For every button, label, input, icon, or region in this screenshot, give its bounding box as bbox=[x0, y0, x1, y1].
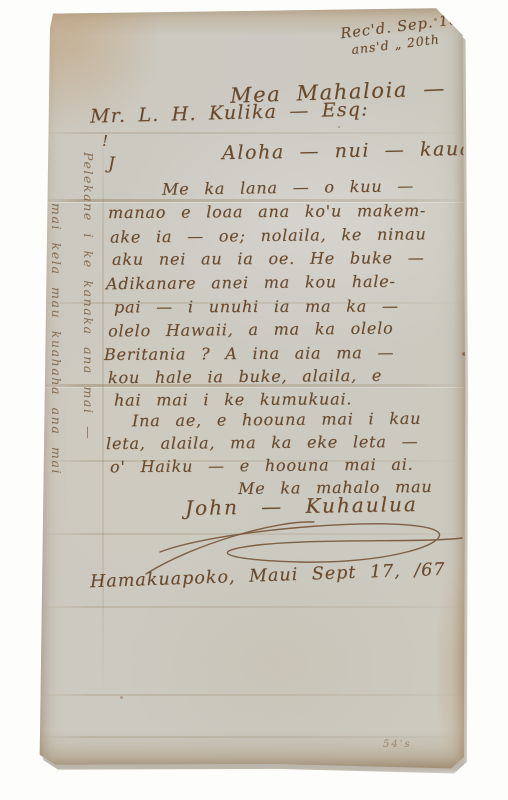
paper-stain bbox=[436, 562, 480, 776]
docket-note: Rec'd. Sep. 18th ans'd „ 20th bbox=[340, 10, 480, 58]
stray-ink-mark: ! bbox=[102, 132, 108, 150]
letter-salutation: Aloha — nui — kaua bbox=[222, 138, 473, 164]
paper-crease bbox=[38, 736, 466, 738]
letter-body-line: Ina ae, e hoouna mai i kau bbox=[132, 409, 421, 431]
letter-body-line: manao e loaa ana ko'u makem- bbox=[108, 201, 426, 222]
letter-body-line: aku nei au ia oe. He buke — bbox=[112, 248, 425, 269]
letter-body-line: ake ia — oe; nolaila, ke ninau bbox=[110, 224, 427, 246]
letter-addressee: Mr. L. H. Kulika — Esq: bbox=[90, 98, 369, 127]
letter-body-line: Adikanare anei ma kou hale- bbox=[106, 272, 396, 294]
letter-body-line: pai — i unuhi ia ma ka — bbox=[114, 297, 399, 317]
letter-body-line: hai mai i ke kumukuai. bbox=[114, 389, 352, 409]
letter-paper: Rec'd. Sep. 18th ans'd „ 20th Mea Mahalo… bbox=[38, 6, 466, 770]
letter-body-line: olelo Hawaii, a ma ka olelo bbox=[108, 319, 394, 341]
marginalia-inner: Pelekane i ke kanaka ana mai — bbox=[81, 152, 96, 440]
paper-fold-vertical bbox=[102, 126, 104, 696]
faint-pencil-mark: 54's bbox=[383, 739, 412, 750]
marginalia-outer: mai kela mau kuahaha ana mai bbox=[49, 203, 64, 475]
letter-body-line: kou hale ia buke, alaila, e bbox=[108, 366, 382, 387]
letter-body-line: leta, alaila, ma ka eke leta — bbox=[106, 432, 418, 453]
letter-body-line: Beritania ? A ina aia ma — bbox=[104, 343, 394, 364]
ink-speck bbox=[120, 696, 123, 699]
letter-body-line: Me ka lana — o kuu — bbox=[162, 176, 414, 199]
letter-body-line: o' Haiku — e hoouna mai ai. bbox=[110, 455, 414, 477]
ink-speck bbox=[338, 126, 340, 128]
stray-ink-mark: J bbox=[108, 154, 115, 174]
